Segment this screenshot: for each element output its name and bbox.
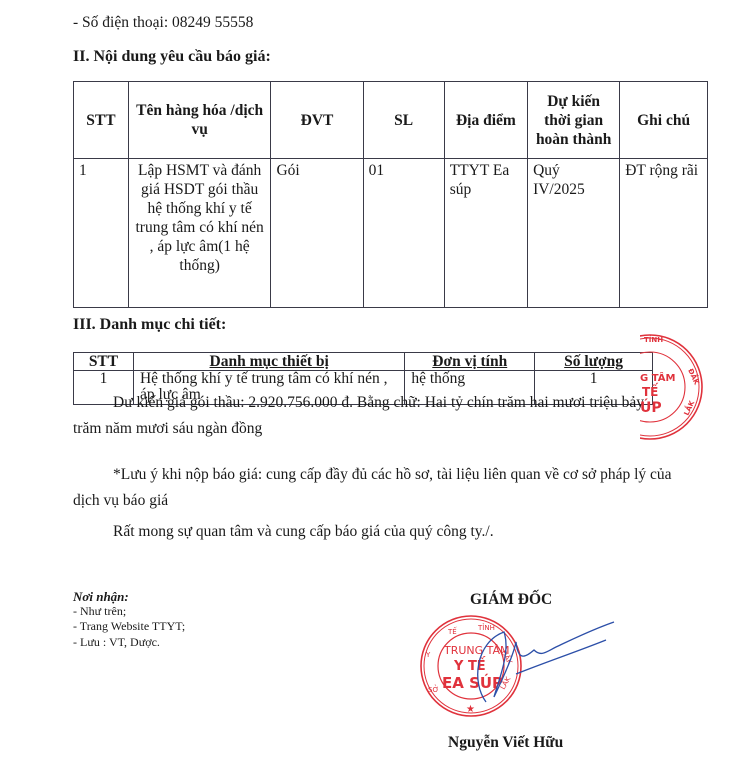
section-3-heading: III. Danh mục chi tiết: — [73, 316, 226, 334]
director-title: GIÁM ĐỐC — [470, 591, 552, 609]
cell-qty: 01 — [363, 159, 444, 308]
svg-text:★: ★ — [466, 704, 475, 715]
note-paragraph: *Lưu ý khi nộp báo giá: cung cấp đầy đủ … — [73, 462, 673, 514]
cell-note: ĐT rộng rãi — [620, 159, 708, 308]
cell-stt: 1 — [74, 159, 129, 308]
col-item: Danh mục thiết bị — [133, 353, 404, 371]
cell-unit: Gói — [271, 159, 363, 308]
svg-text:ĐẮK: ĐẮK — [686, 367, 702, 387]
svg-text:LẮK: LẮK — [681, 398, 697, 417]
cell-deadline: Quý IV/2025 — [528, 159, 620, 308]
recipient-item: - Lưu : VT, Dược. — [73, 635, 185, 649]
estimate-paragraph: Dư kiến giá gói thầu: 2.920.756.000 đ. B… — [73, 390, 673, 442]
official-stamp-icon: TẾ TỈNH ĐẮK Y SỞ LẮK TRUNG TÂM Y TẾ EA S… — [416, 612, 616, 720]
table-header-row: STT Tên hàng hóa /dịch vụ ĐVT SL Địa điể… — [74, 82, 708, 159]
svg-text:SỞ: SỞ — [428, 684, 439, 694]
svg-text:TRUNG TÂM: TRUNG TÂM — [443, 644, 510, 657]
svg-text:TẾ: TẾ — [447, 626, 457, 636]
svg-text:ĐẮK: ĐẮK — [499, 648, 515, 666]
closing-paragraph: Rất mong sự quan tâm và cung cấp báo giá… — [73, 523, 494, 541]
svg-text:Y TẾ: Y TẾ — [453, 657, 486, 674]
phone-value: 08249 55558 — [172, 14, 253, 31]
table-row: 1 Lập HSMT và đánh giá HSDT gói thầu hệ … — [74, 159, 708, 308]
quote-request-table: STT Tên hàng hóa /dịch vụ ĐVT SL Địa điể… — [73, 81, 708, 308]
svg-text:Y: Y — [425, 651, 431, 659]
col-qty: SL — [363, 82, 444, 159]
col-name: Tên hàng hóa /dịch vụ — [128, 82, 271, 159]
recipient-item: - Như trên; — [73, 604, 185, 618]
col-location: Địa điểm — [444, 82, 527, 159]
cell-location: TTYT Ea súp — [444, 159, 527, 308]
svg-text:EA SÚP: EA SÚP — [442, 673, 503, 692]
col-unit: Đơn vị tính — [405, 353, 535, 371]
signer-name: Nguyễn Viết Hữu — [448, 734, 563, 752]
col-qty: Số lượng — [535, 353, 653, 371]
section-2-heading: II. Nội dung yêu cầu báo giá: — [73, 48, 271, 66]
recipient-item: - Trang Website TTYT; — [73, 619, 185, 633]
svg-text:LẮK: LẮK — [497, 674, 513, 691]
phone-label: - Số điện thoại: — [73, 14, 168, 31]
svg-text:TỈNH: TỈNH — [477, 623, 495, 632]
col-deadline: Dự kiến thời gian hoàn thành — [528, 82, 620, 159]
detail-header-row: STT Danh mục thiết bị Đơn vị tính Số lượ… — [74, 353, 653, 371]
phone-line: - Số điện thoại: 08249 55558 — [73, 14, 253, 32]
recipients-block: Nơi nhận: - Như trên; - Trang Website TT… — [73, 590, 185, 649]
cell-name: Lập HSMT và đánh giá HSDT gói thầu hệ th… — [128, 159, 271, 308]
svg-text:TỈNH: TỈNH — [644, 334, 663, 344]
recipients-title: Nơi nhận: — [73, 590, 185, 604]
col-stt: STT — [74, 353, 134, 371]
col-unit: ĐVT — [271, 82, 363, 159]
col-note: Ghi chú — [620, 82, 708, 159]
col-stt: STT — [74, 82, 129, 159]
